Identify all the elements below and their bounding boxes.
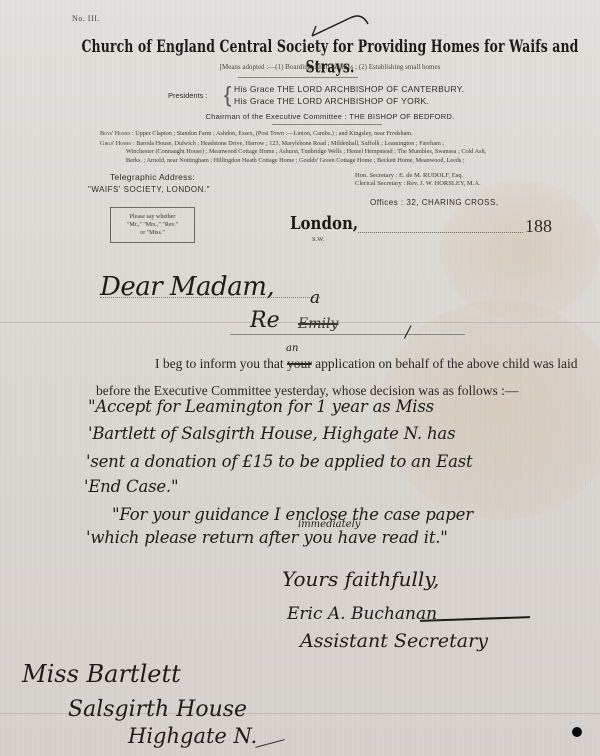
means-adopted: [Means adopted :—(1) Boarding out in fam… (160, 63, 500, 71)
handwritten-line: "Accept for Leamington for 1 year as Mis… (88, 397, 434, 416)
homes-list: Boys' Homes : Upper Clapton ; Standon Fa… (100, 130, 590, 165)
chairman: Chairman of the Executive Committee : TH… (160, 112, 500, 121)
recipient-name: Miss Bartlett (22, 660, 181, 688)
clerical-secretary: Clerical Secretary : Rev. J. W. HORSLEY,… (355, 180, 481, 188)
re-line (230, 334, 465, 335)
salutation-line (100, 297, 320, 298)
handwritten-line: 'Bartlett of Salsgirth House, Highgate N… (88, 424, 455, 443)
postal-district: S.W. (312, 236, 324, 243)
signature-title: Assistant Secretary (300, 630, 488, 652)
divider (238, 77, 358, 78)
recipient-address-line-1: Salsgirth House (68, 697, 247, 722)
telegraphic-label: Telegraphic Address: (110, 172, 195, 182)
slash-mark: / (405, 322, 410, 341)
insert-an: an (286, 343, 298, 354)
salutation-note-box: Please say whether "Mr.," "Mrs.," "Rev."… (110, 207, 195, 243)
date-line (358, 232, 523, 233)
president-canterbury: His Grace THE LORD ARCHBISHOP OF CANTERB… (234, 84, 464, 94)
closing: Yours faithfully, (282, 567, 439, 591)
handwritten-line: 'End Case." (84, 477, 178, 496)
address-flourish (255, 739, 284, 748)
girls-homes: Girls' Homes : Baroda House, Dulwich ; H… (100, 140, 590, 165)
boys-homes: Boys' Homes : Upper Clapton ; Standon Fa… (100, 130, 590, 138)
city-name: London, (290, 212, 358, 234)
signature: Eric A. Buchanan (287, 604, 437, 624)
brace-icon: { (224, 82, 231, 108)
printed-body-line-1: I beg to inform you that your applicatio… (155, 356, 578, 372)
telegraphic-address: "WAIFS' SOCIETY, LONDON." (88, 185, 210, 194)
handwritten-line: "For your guidance I enclose the case pa… (112, 505, 473, 524)
recipient-address-line-2: Highgate N. (128, 724, 257, 748)
re-label: Re (250, 308, 280, 333)
re-struck-name: Emily (298, 316, 338, 332)
handwritten-line: 'sent a donation of £15 to be applied to… (86, 452, 472, 471)
presidents-label: Presidents : (168, 91, 208, 100)
letter-page: No. III. Church of England Central Socie… (0, 0, 600, 756)
hon-secretary: Hon. Secretary : E. de M. RUDOLF, Esq. (355, 172, 481, 180)
handwritten-line: 'which please return after you have read… (86, 528, 448, 547)
form-number: No. III. (72, 14, 100, 23)
re-insert: a (310, 288, 320, 308)
divider (272, 124, 382, 125)
year-prefix: 188 (525, 216, 552, 237)
offices-address: Offices : 32, CHARING CROSS, (370, 198, 499, 207)
secretaries: Hon. Secretary : E. de M. RUDOLF, Esq. C… (355, 172, 481, 188)
president-york: His Grace THE LORD ARCHBISHOP OF YORK. (234, 96, 429, 106)
punch-hole (572, 727, 582, 737)
